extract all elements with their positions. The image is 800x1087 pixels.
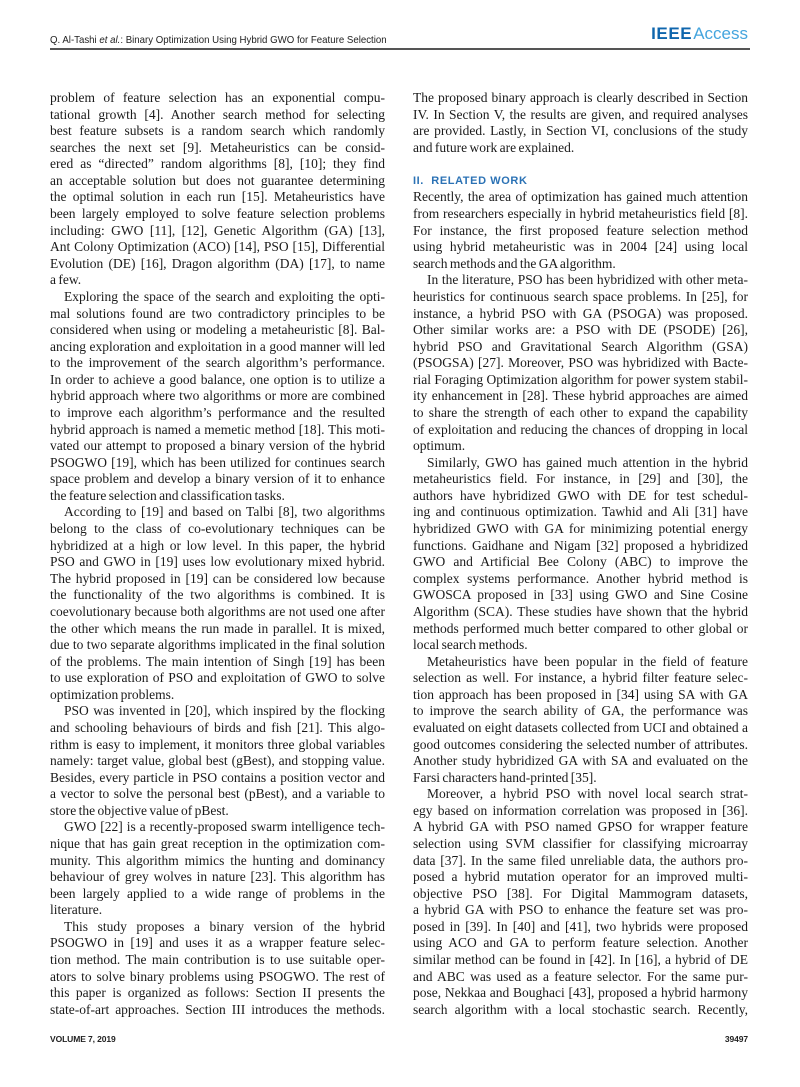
text-line: GWO and Artificial Bee Colony (ABC) to i… xyxy=(413,554,748,571)
text-line: literature. xyxy=(50,902,385,919)
text-line: local search methods. xyxy=(413,637,748,654)
text-line: vated our attempt to proposed a binary v… xyxy=(50,438,385,455)
paragraph: Moreover, a hybrid PSO with novel local … xyxy=(413,786,748,1018)
text-line: evaluated on eight datasets collected fr… xyxy=(413,720,748,737)
text-line: a few. xyxy=(50,272,385,289)
text-line: the feature selection and classification… xyxy=(50,488,385,505)
text-line: search methods and the GA algorithm. xyxy=(413,256,748,273)
paragraph: The proposed binary approach is clearly … xyxy=(413,90,748,156)
text-line: using hybrid metaheuristic was in 2004 [… xyxy=(413,239,748,256)
text-line: been largely applied to a wide range of … xyxy=(50,886,385,903)
ieee-access-logo: IEEEAccess xyxy=(651,23,748,44)
text-line: of the problems. The main intention of S… xyxy=(50,654,385,671)
text-line: posed a hybrid mutation operator for an … xyxy=(413,869,748,886)
text-line: to use exploration of PSO and exploitati… xyxy=(50,670,385,687)
text-line: data [37]. In the same filed unreliable … xyxy=(413,853,748,870)
text-line: hybrid approach is named a memetic metho… xyxy=(50,422,385,439)
text-line: the optimal solution in each run [15]. M… xyxy=(50,189,385,206)
text-line: ancing exploration and exploitation in a… xyxy=(50,339,385,356)
text-line: Metaheuristics have been popular in the … xyxy=(413,654,748,671)
text-line: hybrid approach where two algorithms or … xyxy=(50,388,385,405)
text-line: PSOGWO in [19] and uses it as a wrapper … xyxy=(50,935,385,952)
text-line: to the improvement of the search algorit… xyxy=(50,355,385,372)
text-line: considered when using or modeling a meta… xyxy=(50,322,385,339)
running-title-paper: : Binary Optimization Using Hybrid GWO f… xyxy=(120,34,386,46)
left-column: problem of feature selection has an expo… xyxy=(50,90,385,1018)
paragraph: In the literature, PSO has been hybridiz… xyxy=(413,272,748,454)
text-line: tational growth [4]. Another search meth… xyxy=(50,107,385,124)
text-line: instance, a hybrid PSO with GA (PSOGA) w… xyxy=(413,306,748,323)
text-line: state-of-art approaches. Section III int… xyxy=(50,1002,385,1019)
text-line: Moreover, a hybrid PSO with novel local … xyxy=(413,786,748,803)
text-line: similar method can be found in [42]. In … xyxy=(413,952,748,969)
text-line: The proposed binary approach is clearly … xyxy=(413,90,748,107)
text-line: Ant Colony Optimization (ACO) [14], PSO … xyxy=(50,239,385,256)
text-line: munity. This algorithm mimics the huntin… xyxy=(50,853,385,870)
text-line: Exploring the space of the search and ex… xyxy=(50,289,385,306)
text-line: egy based on information correlation was… xyxy=(413,803,748,820)
text-line: ators to solve binary problems using PSO… xyxy=(50,969,385,986)
text-line: and future work are explained. xyxy=(413,140,748,157)
footer-page-number: 39497 xyxy=(725,1034,748,1044)
text-line: PSO was invented in [20], which inspired… xyxy=(50,703,385,720)
text-line: a hybrid GA with PSO to enhance the feat… xyxy=(413,902,748,919)
paragraph: GWO [22] is a recently-proposed swarm in… xyxy=(50,819,385,918)
text-line: complex systems performance. Another hyb… xyxy=(413,571,748,588)
text-line: Another study hybridized GA with SA and … xyxy=(413,753,748,770)
right-column: The proposed binary approach is clearly … xyxy=(413,90,748,1018)
text-line: been largely employed to solve feature s… xyxy=(50,206,385,223)
logo-ieee-text: IEEE xyxy=(651,24,692,43)
text-line: The hybrid proposed in [19] can be consi… xyxy=(50,571,385,588)
text-line: Similarly, GWO has gained much attention… xyxy=(413,455,748,472)
text-line: IV. In Section V, the results are given,… xyxy=(413,107,748,124)
text-line: In the literature, PSO has been hybridiz… xyxy=(413,272,748,289)
text-line: In order to achieve a good balance, one … xyxy=(50,372,385,389)
text-line: Algorithm (SCA). These studies have show… xyxy=(413,604,748,621)
text-line: For instance, the first proposed feature… xyxy=(413,223,748,240)
section-spacer xyxy=(413,156,748,173)
text-line: objective PSO [38]. For Digital Mammogra… xyxy=(413,886,748,903)
text-line: rial Foraging Optimization algorithm for… xyxy=(413,372,748,389)
text-line: optimization problems. xyxy=(50,687,385,704)
text-line: posed in [39]. In [40] and [41], two hyb… xyxy=(413,919,748,936)
text-line: the functionality of the two algorithms … xyxy=(50,587,385,604)
paragraph: According to [19] and based on Talbi [8]… xyxy=(50,504,385,703)
paragraph: Recently, the area of optimization has g… xyxy=(413,189,748,272)
text-line: This study proposes a binary version of … xyxy=(50,919,385,936)
text-line: GWOSCA proposed in [33] using GWO and Si… xyxy=(413,587,748,604)
text-line: Farsi characters hand-printed [35]. xyxy=(413,770,748,787)
text-line: Recently, the area of optimization has g… xyxy=(413,189,748,206)
text-line: heuristics for continuous search space p… xyxy=(413,289,748,306)
text-line: Besides, every particle in PSO contains … xyxy=(50,770,385,787)
running-title-etal: et al. xyxy=(99,34,120,46)
text-line: pose, Nekkaa and Boughaci [43], proposed… xyxy=(413,985,748,1002)
text-line: tion method. The main contribution is to… xyxy=(50,952,385,969)
text-line: namely: target value, global best (gBest… xyxy=(50,753,385,770)
paragraph: PSO was invented in [20], which inspired… xyxy=(50,703,385,819)
text-line: an acceptable solution but does not guar… xyxy=(50,173,385,190)
text-line: good outcomes considering the selected n… xyxy=(413,737,748,754)
text-line: selection as well. For instance, a hybri… xyxy=(413,670,748,687)
paragraph: This study proposes a binary version of … xyxy=(50,919,385,1018)
text-line: ered as “directed” random algorithms [8]… xyxy=(50,156,385,173)
text-line: belong to the class of co-evolutionary t… xyxy=(50,521,385,538)
text-line: rithm is easy to implement, it monitors … xyxy=(50,737,385,754)
text-line: best feature subsets is a random search … xyxy=(50,123,385,140)
text-line: functions. Gaidhane and Nigam [32] propo… xyxy=(413,538,748,555)
text-line: coevolutionary because both algorithms a… xyxy=(50,604,385,621)
text-line: metaheuristics field. For instance, in [… xyxy=(413,471,748,488)
text-line: PSO and GWO in [19] uses low evolutionar… xyxy=(50,554,385,571)
text-line: methods performed much better compared t… xyxy=(413,621,748,638)
running-title-author: Q. Al-Tashi xyxy=(50,34,99,46)
text-line: from researchers especially in hybrid me… xyxy=(413,206,748,223)
text-line: ing and continuous optimization. Tawhid … xyxy=(413,504,748,521)
section-heading: II. RELATED WORK xyxy=(413,173,748,190)
logo-access-text: Access xyxy=(693,24,748,43)
text-line: mal solutions found are two contradictor… xyxy=(50,306,385,323)
text-line: Other similar works are: a PSO with DE (… xyxy=(413,322,748,339)
text-line: the other which means the run made in pa… xyxy=(50,621,385,638)
paragraph: Metaheuristics have been popular in the … xyxy=(413,654,748,787)
text-line: to share the strength of each other to e… xyxy=(413,405,748,422)
text-line: this paper is organized as follows: Sect… xyxy=(50,985,385,1002)
footer-volume: VOLUME 7, 2019 xyxy=(50,1034,116,1044)
text-line: including: GWO [11], [12], Genetic Algor… xyxy=(50,223,385,240)
text-line: hybrid PSO and Gravitational Search Algo… xyxy=(413,339,748,356)
text-line: a vector to solve the personal best (pBe… xyxy=(50,786,385,803)
text-line: using ACO and GA to perform feature sele… xyxy=(413,935,748,952)
paragraph: problem of feature selection has an expo… xyxy=(50,90,385,289)
text-line: space problem and develop a binary versi… xyxy=(50,471,385,488)
text-line: PSOGWO [19], which has been utilized for… xyxy=(50,455,385,472)
text-line: tion approach has been proposed in [34] … xyxy=(413,687,748,704)
paragraph: Exploring the space of the search and ex… xyxy=(50,289,385,505)
text-line: optimum. xyxy=(413,438,748,455)
text-line: GWO [22] is a recently-proposed swarm in… xyxy=(50,819,385,836)
text-line: selection using SVM classifier for class… xyxy=(413,836,748,853)
text-line: and ABC was used as a feature selector. … xyxy=(413,969,748,986)
text-line: A hybrid GA with PSO named GPSO for wrap… xyxy=(413,819,748,836)
text-line: authors have hybridized GWO with DE for … xyxy=(413,488,748,505)
text-line: (PSOGSA) [27]. Moreover, PSO was hybridi… xyxy=(413,355,748,372)
text-line: problem of feature selection has an expo… xyxy=(50,90,385,107)
text-line: According to [19] and based on Talbi [8]… xyxy=(50,504,385,521)
text-line: hybridized at a high or low level. In th… xyxy=(50,538,385,555)
text-line: and schooling behaviours of birds and fi… xyxy=(50,720,385,737)
text-line: search algorithm with a local stochastic… xyxy=(413,1002,748,1019)
header-rule xyxy=(50,48,750,50)
paragraph: Similarly, GWO has gained much attention… xyxy=(413,455,748,654)
text-line: behaviour of grey wolves in nature [23].… xyxy=(50,869,385,886)
text-line: to improve the search ability of GA, the… xyxy=(413,703,748,720)
text-line: Evolution (DE) [16], Dragon algorithm (D… xyxy=(50,256,385,273)
text-line: are provided. Lastly, in Section VI, con… xyxy=(413,123,748,140)
text-line: nique that has gain great reception in t… xyxy=(50,836,385,853)
text-line: searches the next set [9]. Metaheuristic… xyxy=(50,140,385,157)
text-line: to improve each algorithm’s performance … xyxy=(50,405,385,422)
text-line: of exploitation and reducing the chances… xyxy=(413,422,748,439)
text-line: store the objective value of pBest. xyxy=(50,803,385,820)
text-line: hybridized GWO with GA for minimizing po… xyxy=(413,521,748,538)
text-line: due to two separate algorithms implicate… xyxy=(50,637,385,654)
text-line: ity enhancement in [28]. These hybrid ap… xyxy=(413,388,748,405)
running-title: Q. Al-Tashi et al.: Binary Optimization … xyxy=(50,33,387,48)
